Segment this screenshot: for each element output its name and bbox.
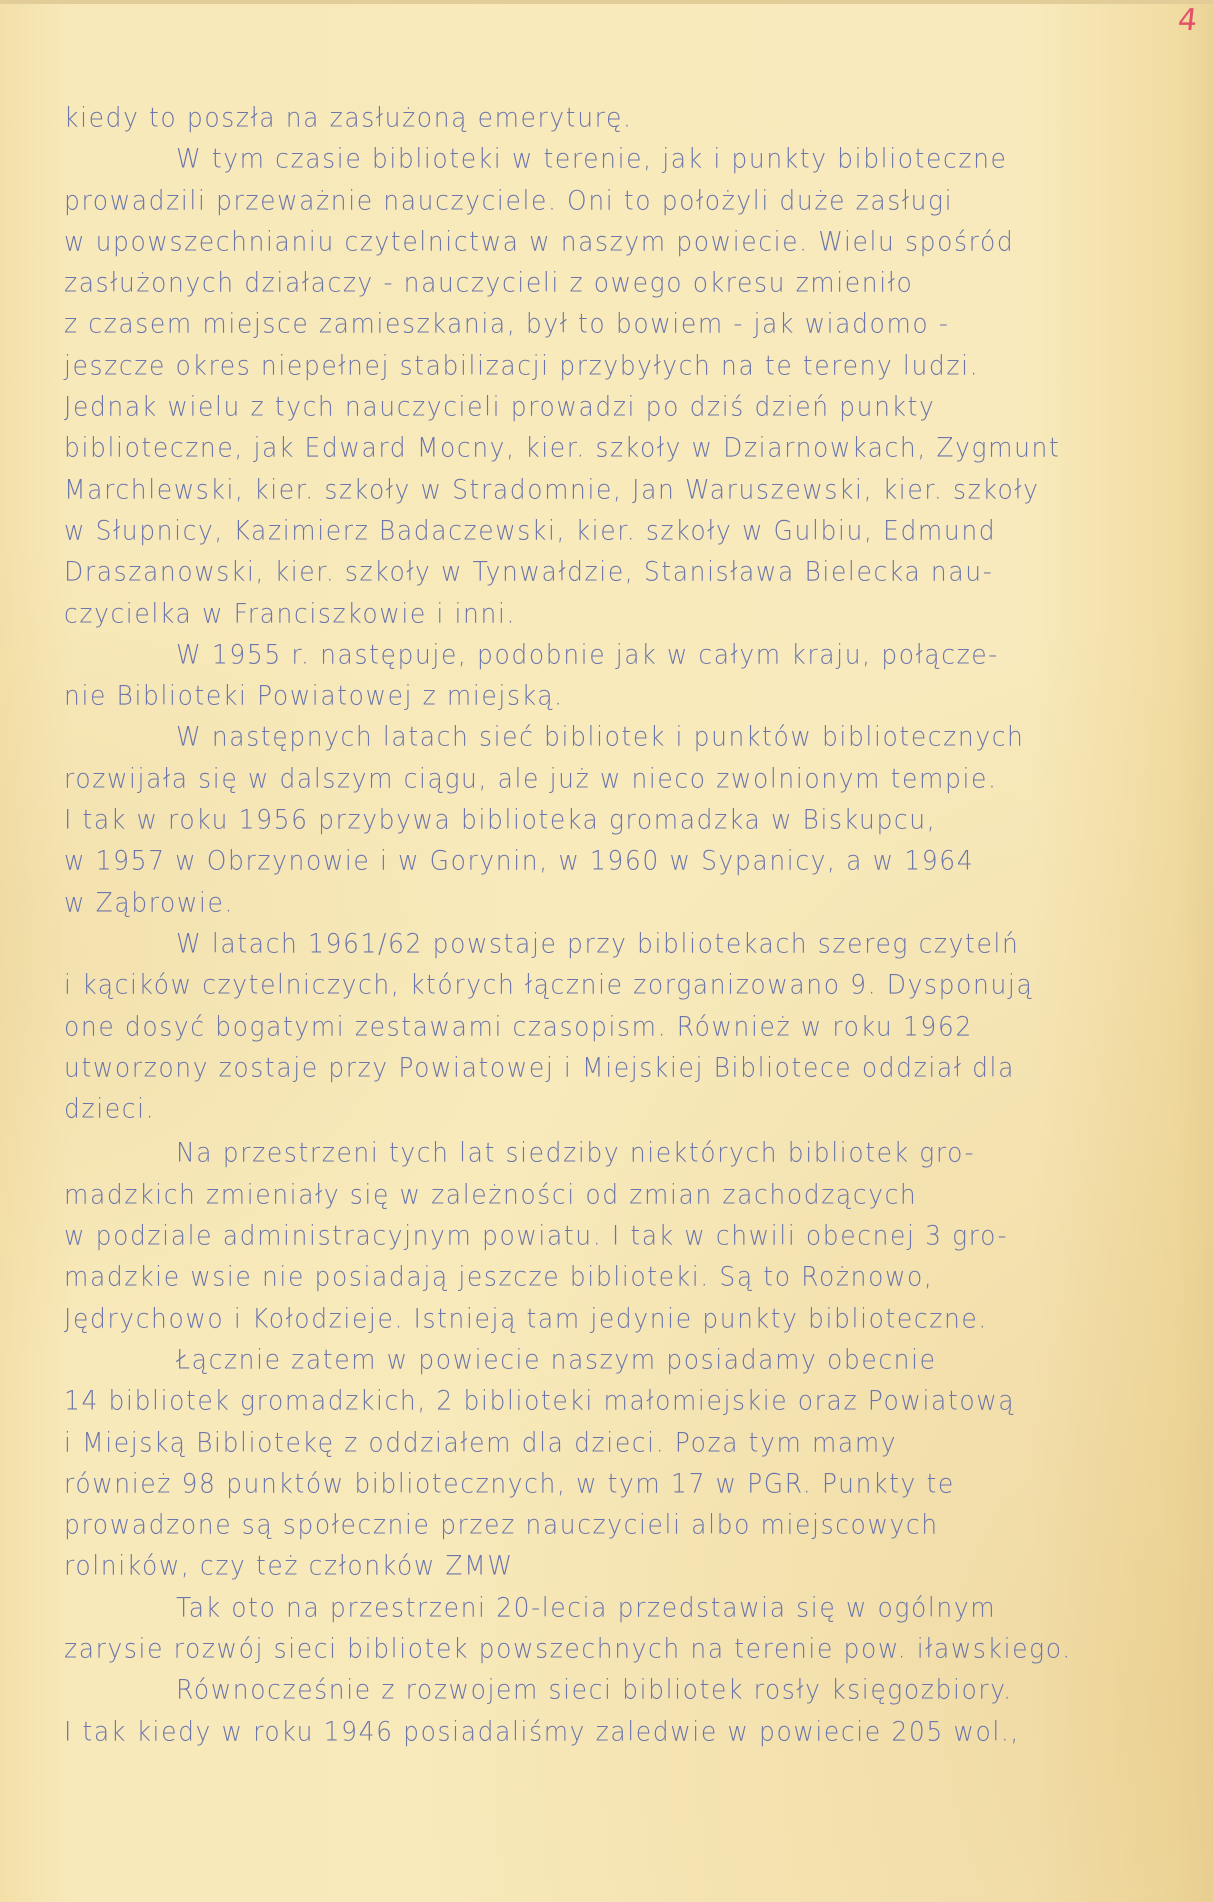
text-line: zarysie rozwój sieci bibliotek powszechn…	[64, 1627, 1199, 1670]
text-line: I tak kiedy w roku 1946 posiadaliśmy zal…	[64, 1710, 1199, 1753]
text-line: utworzony zostaje przy Powiatowej i Miej…	[64, 1046, 1199, 1089]
text-line: I tak w roku 1956 przybywa biblioteka gr…	[64, 798, 1199, 841]
document-page: 4 kiedy to poszła na zasłużoną emeryturę…	[0, 0, 1213, 1902]
text-line: Marchlewski, kier. szkoły w Stradomnie, …	[64, 468, 1199, 511]
text-line: Równocześnie z rozwojem sieci bibliotek …	[64, 1668, 1199, 1711]
text-line: kiedy to poszła na zasłużoną emeryturę.	[64, 96, 1199, 139]
text-line: dzieci.	[64, 1087, 1199, 1130]
text-line: madzkich zmieniały się w zależności od z…	[64, 1173, 1199, 1216]
text-line: w Słupnicy, Kazimierz Badaczewski, kier.…	[64, 509, 1199, 552]
text-line: w podziale administracyjnym powiatu. I t…	[64, 1214, 1199, 1257]
text-line: i Miejską Bibliotekę z oddziałem dla dzi…	[64, 1420, 1199, 1463]
text-line: nie Biblioteki Powiatowej z miejską.	[64, 674, 1199, 717]
text-line: madzkie wsie nie posiadają jeszcze bibli…	[64, 1255, 1199, 1298]
text-line: i kącików czytelniczych, których łącznie…	[64, 963, 1199, 1006]
text-line: w Ząbrowie.	[64, 881, 1199, 924]
text-line: rozwijała się w dalszym ciągu, ale już w…	[64, 757, 1199, 800]
page-number: 4	[1176, 4, 1199, 38]
text-line: zasłużonych działaczy - nauczycieli z ow…	[64, 261, 1199, 304]
text-line: czycielka w Franciszkowie i inni.	[64, 592, 1199, 635]
text-line: Tak oto na przestrzeni 20-lecia przedsta…	[64, 1586, 1199, 1629]
text-line: W tym czasie biblioteki w terenie, jak i…	[64, 137, 1199, 180]
text-line: prowadzone są społecznie przez nauczycie…	[64, 1503, 1199, 1546]
text-line: Na przestrzeni tych lat siedziby niektór…	[64, 1131, 1199, 1174]
text-line: rolników, czy też członków ZMW	[64, 1544, 1199, 1587]
handwritten-text-block: kiedy to poszła na zasłużoną emeryturę. …	[64, 97, 1199, 1752]
text-line: jeszcze okres niepełnej stabilizacji prz…	[64, 344, 1199, 387]
text-line: Jędrychowo i Kołodzieje. Istnieją tam je…	[64, 1297, 1199, 1340]
text-line: one dosyć bogatymi zestawami czasopism. …	[64, 1004, 1199, 1047]
text-line: Draszanowski, kier. szkoły w Tynwałdzie,…	[64, 550, 1199, 593]
page-top-edge	[0, 0, 1213, 4]
text-line: W latach 1961/62 powstaje przy bibliotek…	[64, 922, 1199, 965]
text-line: Jednak wielu z tych nauczycieli prowadzi…	[64, 385, 1199, 428]
text-line: 14 bibliotek gromadzkich, 2 biblioteki m…	[64, 1379, 1199, 1422]
text-line: Łącznie zatem w powiecie naszym posiadam…	[64, 1338, 1199, 1381]
text-line: prowadzili przeważnie nauczyciele. Oni t…	[64, 179, 1199, 222]
text-line: z czasem miejsce zamieszkania, był to bo…	[64, 302, 1199, 345]
text-line: w upowszechnianiu czytelnictwa w naszym …	[64, 220, 1199, 263]
text-line: W 1955 r. następuje, podobnie jak w cały…	[64, 633, 1199, 676]
text-line: biblioteczne, jak Edward Mocny, kier. sz…	[64, 426, 1199, 469]
text-line: również 98 punktów bibliotecznych, w tym…	[64, 1462, 1199, 1505]
text-line: W następnych latach sieć bibliotek i pun…	[64, 715, 1199, 758]
text-line: w 1957 w Obrzynowie i w Gorynin, w 1960 …	[64, 839, 1199, 882]
